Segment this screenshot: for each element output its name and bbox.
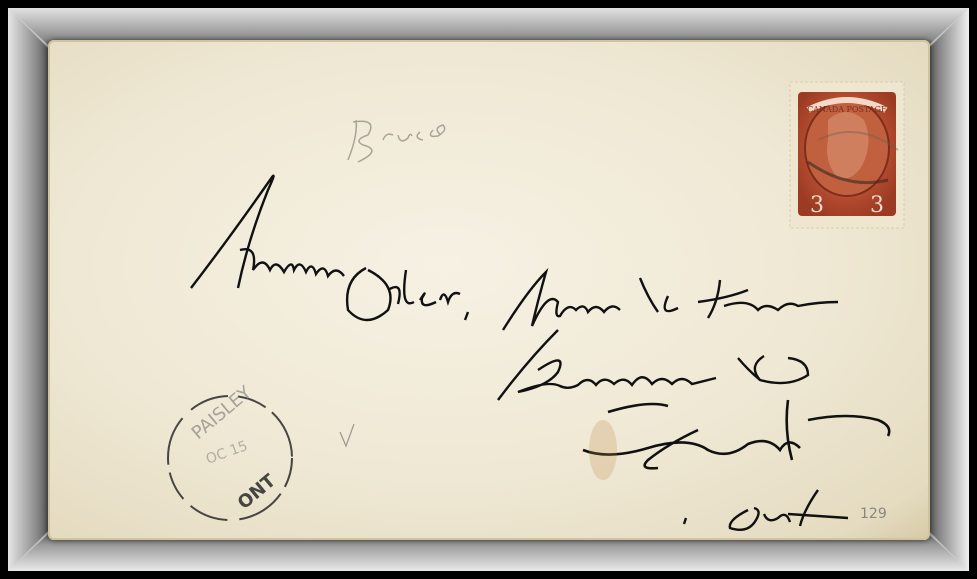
svg-text:ONT: ONT — [234, 470, 281, 514]
address-moss-foster — [503, 272, 838, 330]
address-barristers — [498, 330, 808, 400]
svg-text:PAISLEY: PAISLEY — [188, 381, 257, 443]
address-osler — [347, 268, 468, 320]
envelope: CANADA POSTAGE 3 3 PAISLEY OC 15 O — [48, 40, 930, 540]
pencil-note-top: Bruce — [48, 40, 51, 41]
address-toronto — [583, 400, 889, 468]
pencil-note-bruce — [348, 120, 445, 162]
pencil-note-129: 129 — [860, 506, 887, 522]
address-ont — [684, 490, 848, 530]
address-messrs — [191, 176, 344, 288]
postmark: PAISLEY OC 15 ONT — [168, 381, 292, 520]
svg-text:OC 15: OC 15 — [204, 438, 250, 468]
handwriting-layer: PAISLEY OC 15 ONT 129 — [48, 40, 930, 540]
pencil-check-mark — [340, 424, 354, 446]
